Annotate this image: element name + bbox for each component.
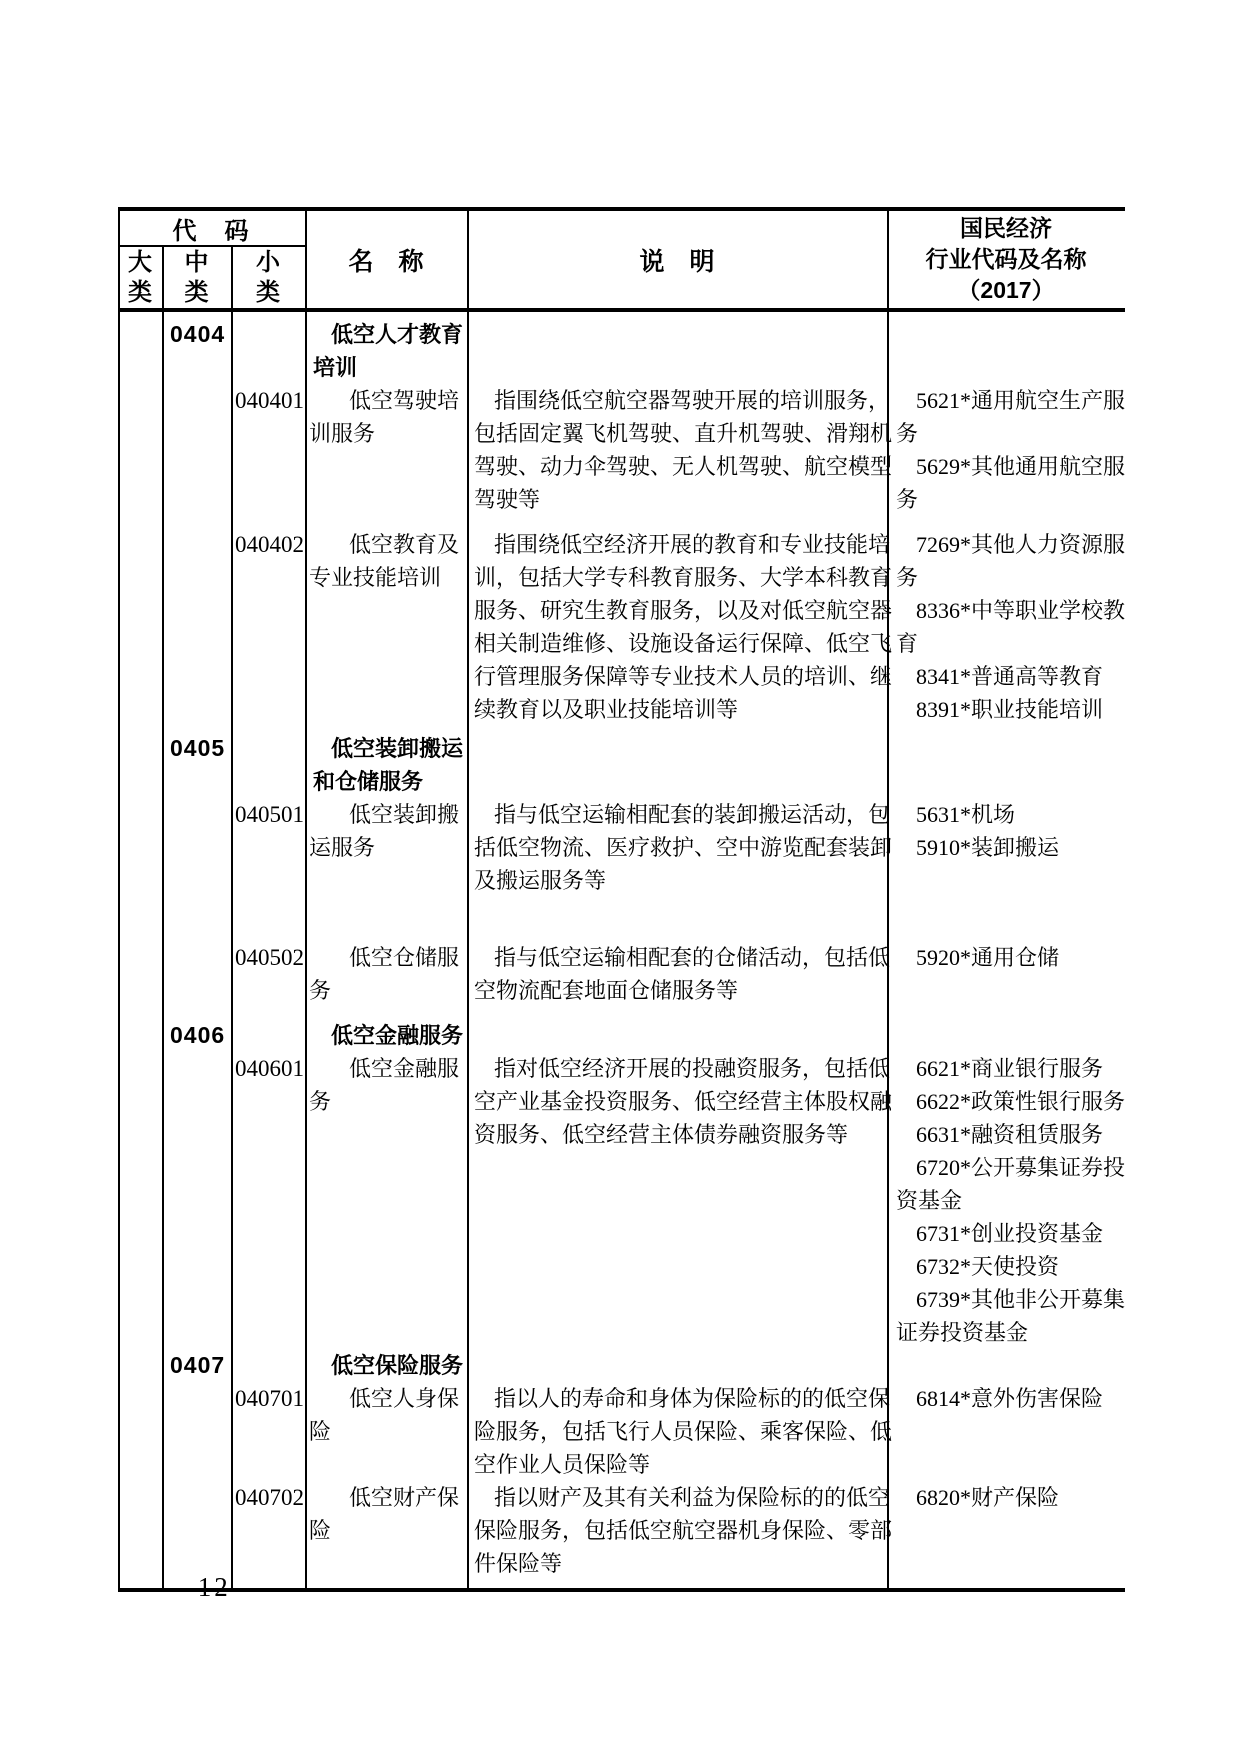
category-description: 指以财产及其有关利益为保险标的的低空 保险服务，包括低空航空器机身保险、零部 件… (471, 1481, 896, 1580)
industry-ref: 6732*天使投资 (896, 1250, 1134, 1283)
small-code: 040701 (231, 1382, 309, 1415)
document-page: 代 码 大 类 中 类 小 类 名 称 说 明 国民经济 行业代码及名称 （20… (0, 0, 1241, 1754)
header-col-small-class: 小 类 (231, 247, 305, 308)
industry-ref: 5910*装卸搬运 (896, 831, 1134, 864)
header-col-industry-code: 国民经济 行业代码及名称 （2017） (887, 211, 1125, 308)
category-description: 指对低空经济开展的投融资服务，包括低 空产业基金投资服务、低空经营主体股权融 资… (471, 1052, 896, 1151)
category-name: 低空装卸搬运 和仓储服务 (313, 732, 475, 798)
small-code: 040702 (231, 1481, 309, 1514)
small-code: 040601 (231, 1052, 309, 1085)
classification-table: 代 码 大 类 中 类 小 类 名 称 说 明 国民经济 行业代码及名称 （20… (118, 207, 1125, 1592)
table-row-section-0407: 0407 低空保险服务 (118, 1349, 1125, 1382)
industry-ref: 8391*职业技能培训 (896, 693, 1134, 726)
industry-refs-cell: 7269*其他人力资源服 务 8336*中等职业学校教 育 8341*普通高等教… (896, 528, 1134, 726)
table-row-040701: 040701 低空人身保 险 指以人的寿命和身体为保险标的的低空保 险服务，包括… (118, 1382, 1125, 1481)
industry-ref: 6814*意外伤害保险 (896, 1382, 1134, 1415)
category-name: 低空金融服 务 (309, 1052, 471, 1118)
table-row-040502: 040502 低空仓储服 务 指与低空运输相配套的仓储活动，包括低 空物流配套地… (118, 941, 1125, 1007)
header-col-name: 名 称 (305, 211, 467, 308)
industry-ref: 8336*中等职业学校教 育 (896, 594, 1134, 660)
small-code: 040402 (231, 528, 309, 561)
category-description: 指围绕低空经济开展的教育和专业技能培 训，包括大学专科教育服务、大学本科教育 服… (471, 528, 896, 726)
industry-refs-cell: 6621*商业银行服务 6622*政策性银行服务 6631*融资租赁服务 672… (896, 1052, 1134, 1349)
category-name: 低空教育及 专业技能培训 (309, 528, 471, 594)
industry-ref: 5621*通用航空生产服 务 (896, 384, 1134, 450)
industry-ref: 6631*融资租赁服务 (896, 1118, 1134, 1151)
table-header: 代 码 大 类 中 类 小 类 名 称 说 明 国民经济 行业代码及名称 （20… (118, 211, 1125, 312)
column-divider-name-desc (467, 211, 469, 1588)
row-spacer (118, 897, 1125, 941)
column-divider-middle-small (231, 247, 233, 1588)
column-divider-desc-industry (887, 211, 889, 1588)
industry-ref: 6622*政策性银行服务 (896, 1085, 1134, 1118)
industry-ref: 6739*其他非公开募集 证券投资基金 (896, 1283, 1134, 1349)
table-row-040601: 040601 低空金融服 务 指对低空经济开展的投融资服务，包括低 空产业基金投… (118, 1052, 1125, 1349)
header-code-group-label: 代 码 (118, 211, 305, 247)
middle-code: 0407 (162, 1349, 239, 1382)
industry-ref: 8341*普通高等教育 (896, 660, 1134, 693)
table-row-040401: 040401 低空驾驶培 训服务 指围绕低空航空器驾驶开展的培训服务， 包括固定… (118, 384, 1125, 516)
table-row-040501: 040501 低空装卸搬 运服务 指与低空运输相配套的装卸搬运活动，包 括低空物… (118, 798, 1125, 897)
category-description: 指围绕低空航空器驾驶开展的培训服务， 包括固定翼飞机驾驶、直升机驾驶、滑翔机 驾… (471, 384, 896, 516)
middle-code: 0406 (162, 1019, 239, 1052)
industry-ref: 5629*其他通用航空服 务 (896, 450, 1134, 516)
category-name: 低空仓储服 务 (309, 941, 471, 1007)
header-col-middle-class: 中 类 (162, 247, 231, 308)
category-description: 指以人的寿命和身体为保险标的的低空保 险服务，包括飞行人员保险、乘客保险、低 空… (471, 1382, 896, 1481)
industry-ref: 6621*商业银行服务 (896, 1052, 1134, 1085)
table-row-section-0405: 0405 低空装卸搬运 和仓储服务 (118, 732, 1125, 798)
table-body: 0404 低空人才教育 培训 040401 低空驾驶培 训服务 指围绕低空航空器… (118, 312, 1125, 1588)
industry-refs-cell: 6814*意外伤害保险 (896, 1382, 1134, 1415)
category-name: 低空人身保 险 (309, 1382, 471, 1448)
industry-ref: 6731*创业投资基金 (896, 1217, 1134, 1250)
middle-code: 0404 (162, 318, 239, 351)
table-row-040402: 040402 低空教育及 专业技能培训 指围绕低空经济开展的教育和专业技能培 训… (118, 528, 1125, 726)
category-name: 低空人才教育 培训 (313, 318, 475, 384)
column-divider-major-middle (162, 247, 164, 1588)
small-code: 040401 (231, 384, 309, 417)
industry-ref: 5920*通用仓储 (896, 941, 1134, 974)
header-col-major-class: 大 类 (118, 247, 162, 308)
row-spacer (118, 1007, 1125, 1019)
category-description: 指与低空运输相配套的仓储活动，包括低 空物流配套地面仓储服务等 (471, 941, 896, 1007)
table-left-rule (118, 211, 120, 1588)
industry-ref: 6720*公开募集证券投 资基金 (896, 1151, 1134, 1217)
header-code-subcolumns: 大 类 中 类 小 类 (118, 247, 305, 308)
industry-ref: 7269*其他人力资源服 务 (896, 528, 1134, 594)
page-number: — 12 — (158, 1572, 271, 1603)
category-name: 低空装卸搬 运服务 (309, 798, 471, 864)
header-col-description: 说 明 (467, 211, 887, 308)
table-row-040702: 040702 低空财产保 险 指以财产及其有关利益为保险标的的低空 保险服务，包… (118, 1481, 1125, 1580)
industry-ref: 5631*机场 (896, 798, 1134, 831)
category-name: 低空金融服务 (313, 1019, 475, 1052)
industry-ref: 6820*财产保险 (896, 1481, 1134, 1514)
small-code: 040502 (231, 941, 309, 974)
table-row-section-0406: 0406 低空金融服务 (118, 1019, 1125, 1052)
row-spacer (118, 516, 1125, 528)
industry-refs-cell: 5920*通用仓储 (896, 941, 1134, 974)
header-code-group-cell: 代 码 大 类 中 类 小 类 (118, 211, 305, 308)
category-name: 低空驾驶培 训服务 (309, 384, 471, 450)
category-description: 指与低空运输相配套的装卸搬运活动，包 括低空物流、医疗救护、空中游览配套装卸 及… (471, 798, 896, 897)
category-name: 低空保险服务 (313, 1349, 475, 1382)
industry-refs-cell: 5631*机场 5910*装卸搬运 (896, 798, 1134, 864)
small-code: 040501 (231, 798, 309, 831)
category-name: 低空财产保 险 (309, 1481, 471, 1547)
middle-code: 0405 (162, 732, 239, 765)
industry-refs-cell: 5621*通用航空生产服 务 5629*其他通用航空服 务 (896, 384, 1134, 516)
column-divider-small-name (305, 211, 307, 1588)
industry-refs-cell: 6820*财产保险 (896, 1481, 1134, 1514)
table-row-section-0404: 0404 低空人才教育 培训 (118, 318, 1125, 384)
